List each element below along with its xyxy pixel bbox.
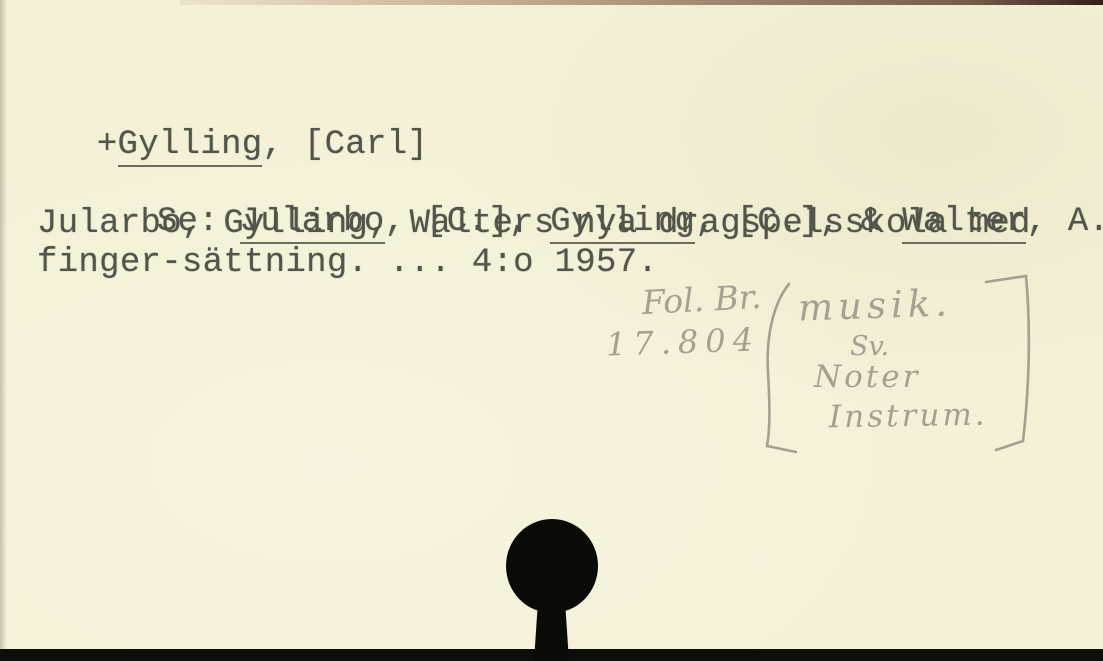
heading-surname: Gylling bbox=[118, 126, 263, 167]
catalog-card: +Gylling, [Carl] Se: Jularbo, [C.], Gyll… bbox=[0, 0, 1103, 661]
scan-edge-top bbox=[180, 0, 1103, 5]
shelf-mark-line2: 17.804 bbox=[605, 320, 760, 363]
category-instrum: Instrum. bbox=[829, 397, 988, 436]
heading-prefix: + bbox=[97, 126, 118, 164]
ref-sep-3: , A., bbox=[1026, 203, 1103, 241]
title-line: Jularbo, Gylling, Walters nya dragspelss… bbox=[37, 204, 1031, 244]
scan-edge-left bbox=[0, 0, 7, 661]
category-musik: musik. bbox=[797, 281, 952, 329]
bracket-left bbox=[767, 284, 796, 452]
imprint-line: finger-sättning. ... 4:o 1957. bbox=[37, 243, 658, 283]
shelf-mark-line1: Fol. Br. bbox=[641, 277, 762, 322]
category-sv: Sv. bbox=[850, 331, 889, 362]
heading-forename: , [Carl] bbox=[262, 126, 428, 164]
hole-punch-stem bbox=[534, 598, 569, 661]
category-noter: Noter bbox=[814, 359, 920, 395]
bracket-right bbox=[986, 276, 1029, 450]
